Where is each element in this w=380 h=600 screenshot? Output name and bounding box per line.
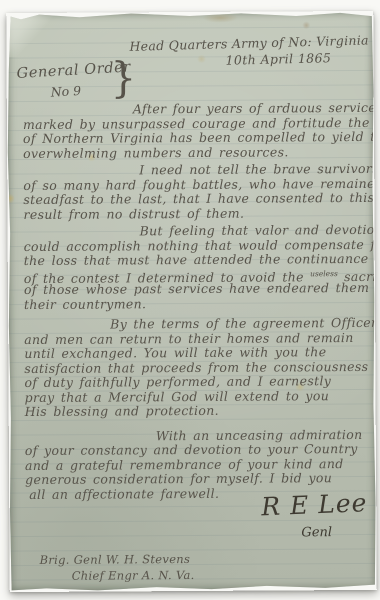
document-paper: Head Quarters Army of No: Virginia 10th … [6, 11, 377, 592]
signature-name: R E Lee [261, 488, 368, 521]
manuscript-line: result from no distrust of them. [21, 205, 372, 222]
order-brace-glyph: } [110, 54, 136, 102]
manuscript-line: their countrymen. [22, 295, 373, 312]
signature-rank: Genl [301, 525, 332, 540]
manuscript-body: After four years of arduous servicemarke… [21, 101, 374, 502]
corner-wear [6, 13, 58, 57]
heading-date-line: 10th April 1865 [226, 50, 332, 67]
manuscript-line: His blessing and protection. [23, 403, 374, 420]
manuscript-line: overwhelming numbers and resources. [21, 144, 372, 161]
manuscript-line: of those whose past services have endear… [22, 281, 373, 298]
paper-sheet: Head Quarters Army of No: Virginia 10th … [6, 11, 377, 592]
paper-stain [196, 55, 206, 63]
endorsement-line-1: Brig. Genl W. H. Stevens [40, 552, 191, 567]
paper-stain [302, 21, 310, 29]
order-number: No 9 [50, 83, 81, 100]
endorsement-line-2: Chief Engr A. N. Va. [72, 568, 195, 583]
manuscript-line: the loss that must have attended the con… [22, 252, 373, 269]
insertion-word: useless [310, 269, 338, 278]
photo-backdrop: Head Quarters Army of No: Virginia 10th … [0, 0, 380, 600]
